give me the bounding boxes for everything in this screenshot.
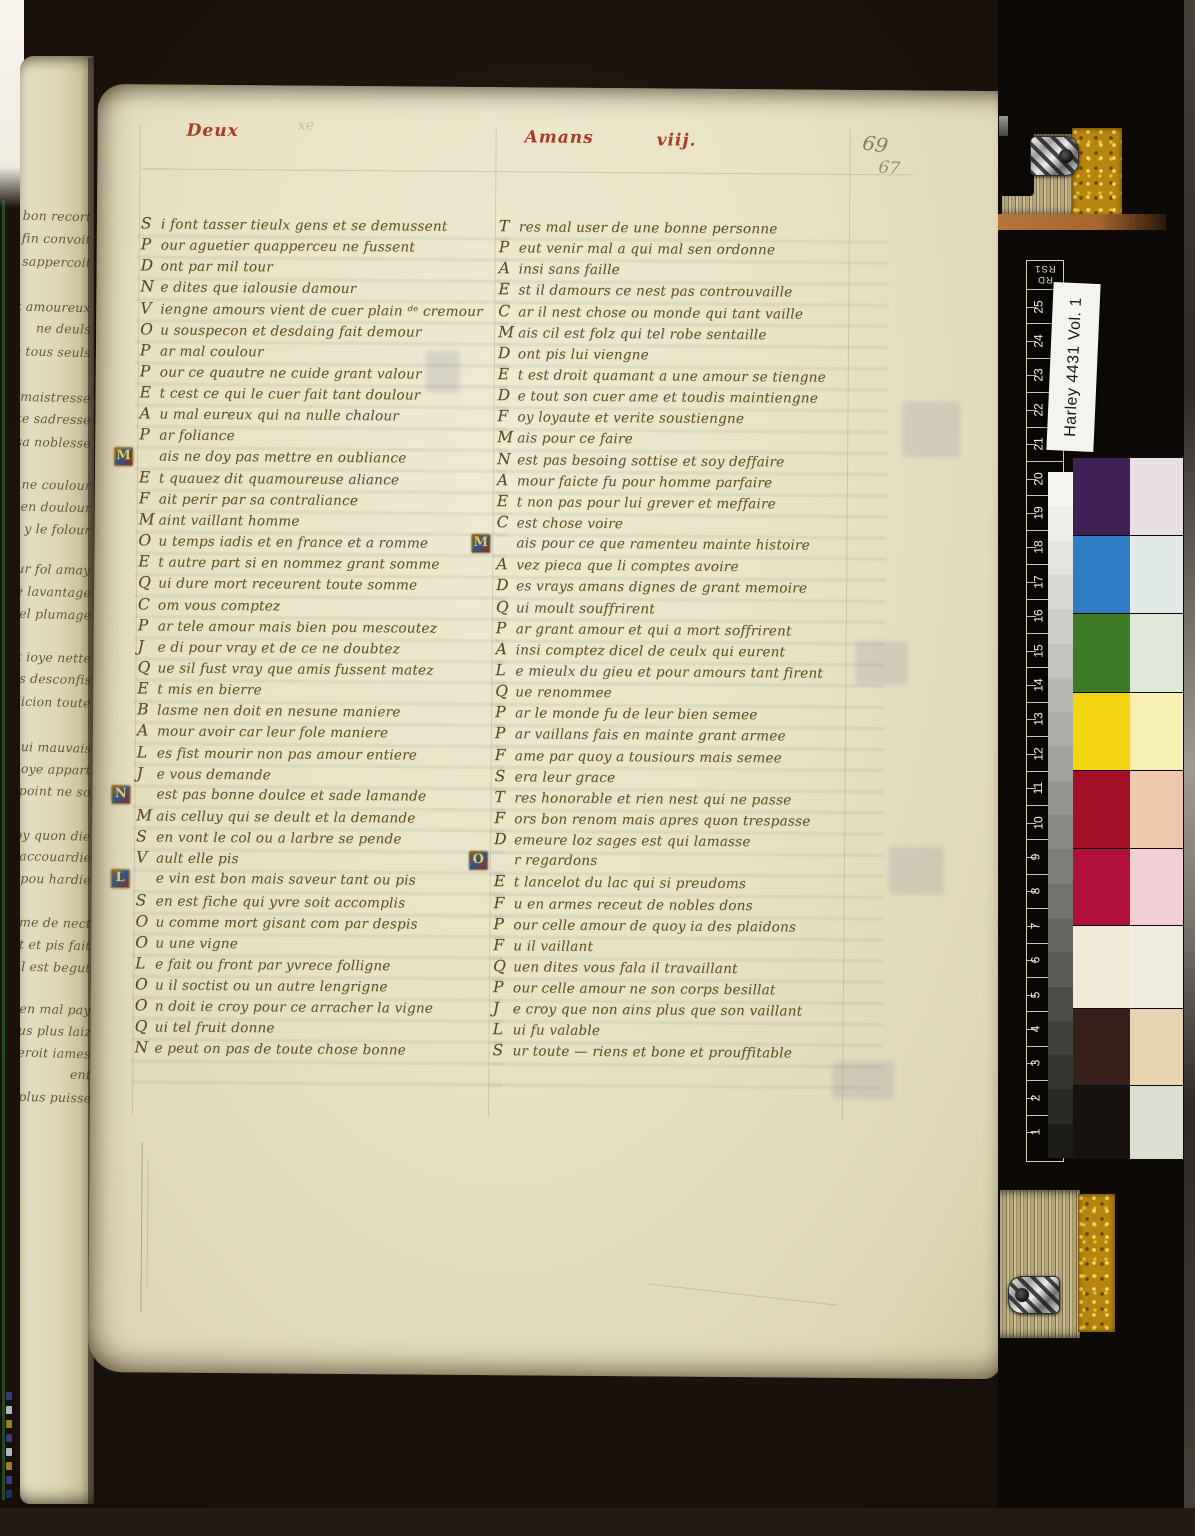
line-initial: F: [495, 746, 515, 764]
ruler-half-tick: [1027, 754, 1036, 755]
manuscript-line: Ou il soctist ou un autre lengrigne: [135, 975, 478, 999]
manuscript-line: Que sil fust vray que amis fussent matez: [137, 658, 480, 682]
color-patch-blue: [1073, 535, 1130, 613]
line-initial: F: [494, 809, 514, 827]
facing-page-text-fragment: lour car point ne so: [20, 781, 91, 799]
line-text: e fait ou front par yvrece folligne: [155, 956, 391, 974]
facing-page-text-fragment: souffreroit iames: [20, 1044, 91, 1062]
grayscale-step: [1048, 678, 1073, 713]
line-text: est pas bonne doulce et sade lamande: [156, 786, 426, 804]
color-patch-crimson: [1073, 848, 1130, 925]
manuscript-line: Par grant amour et qui a mort soffrirent: [496, 619, 824, 643]
manuscript-line: Et lancelot du lac qui si preudoms: [494, 873, 822, 897]
manuscript-line: Fors bon renom mais apres quon trespasse: [494, 809, 822, 833]
line-text: our ce quautre ne cuide grant valour: [160, 364, 422, 382]
manuscript-line: Le mieulx du gieu et pour amours tant fi…: [495, 661, 823, 685]
line-initial: T: [494, 788, 514, 806]
line-initial: P: [138, 616, 158, 634]
line-text: u il vaillant: [513, 938, 593, 955]
ruler-half-tick: [1027, 891, 1036, 892]
grayscale-step: [1048, 849, 1073, 884]
color-patch-pale-black: [1130, 1085, 1183, 1159]
line-text: ar foliance: [159, 428, 235, 445]
line-initial: C: [498, 302, 518, 320]
line-initial: J: [137, 764, 157, 782]
line-text: eut venir mal a qui mal sen ordonne: [519, 240, 775, 258]
ruler-half-tick: [1027, 685, 1036, 686]
line-text: ui moult souffrirent: [516, 600, 655, 617]
manuscript-line: Fu il vaillant: [493, 936, 821, 960]
line-text: e vin est bon mais saveur tant ou pis: [156, 871, 416, 889]
line-text: ar tele amour mais bien pou mescoutez: [158, 618, 437, 636]
line-text: t est droit quamant a une amour se tieng…: [518, 367, 826, 385]
line-text: ame par quoy a tousiours mais semee: [515, 748, 782, 766]
manuscript-line: Sur toute — riens et bone et prouffitabl…: [492, 1042, 820, 1066]
line-initial: A: [139, 405, 159, 423]
facing-page-text-fragment: anz faille qui mauvais: [20, 737, 91, 755]
line-initial: O: [135, 975, 155, 993]
facing-page-text-fragment: s cest leur fol amay: [20, 559, 91, 577]
facing-page-text-fragment: de tous plus laiz: [20, 1022, 91, 1040]
line-text: insi comptez dicel de ceulx qui eurent: [516, 642, 786, 660]
facing-page-text-fragment: ner pour sa noblesse: [20, 432, 91, 450]
line-initial: E: [494, 873, 514, 891]
line-initial: A: [499, 259, 519, 277]
ruler-half-tick: [1027, 341, 1036, 342]
line-text: ar mal coulour: [160, 343, 264, 360]
line-text: t autre part si en nommez grant somme: [158, 555, 439, 573]
grayscale-step: [1048, 1021, 1073, 1056]
manuscript-line: Par le monde fu de leur bien semee: [495, 703, 823, 727]
line-initial: P: [141, 236, 161, 254]
line-text: res mal user de une bonne personne: [519, 219, 778, 237]
line-initial: A: [137, 722, 157, 740]
line-initial: F: [493, 936, 513, 954]
line-initial: E: [139, 468, 159, 486]
facing-page-text-fragment: de cuer quoy quon die: [20, 825, 91, 844]
illuminated-initial: N: [111, 785, 130, 804]
line-text: ais pour ce que ramenteu mainte histoire: [516, 535, 810, 553]
manuscript-line: Ou souspecon et desdaing fait demour: [140, 320, 483, 344]
folio-number-old: 69: [861, 130, 890, 158]
facing-page-edge: lasant bon recorte fin convoitores sappe…: [20, 56, 94, 1504]
ruler-half-tick: [1027, 651, 1036, 652]
line-text: our celle amour ne son corps besillat: [513, 980, 776, 998]
facing-page-text-fragment: ame tous seuls: [20, 343, 91, 360]
line-text: e dites que ialousie damour: [160, 280, 356, 298]
ruler-half-tick: [1027, 1098, 1036, 1099]
line-text: ais cil est folz qui tel robe sentaille: [518, 325, 767, 343]
line-text: t cest ce qui le cuer fait tant doulour: [160, 386, 421, 404]
ruler-half-tick: [1027, 960, 1036, 961]
manuscript-line-illuminated: Mais ne doy pas mettre en oubliance: [139, 447, 482, 471]
gilt-binding-edge-bottom: [1078, 1194, 1115, 1332]
manuscript-line: Pour aguetier quapperceu ne fussent: [141, 236, 484, 260]
line-text: ont pis lui viengne: [518, 346, 649, 363]
grayscale-calibration-strip: [1048, 472, 1073, 1158]
manuscript-line: Qui dure mort receurent toute somme: [138, 574, 481, 598]
manuscript-line: On doit ie croy pour ce arracher la vign…: [135, 997, 478, 1021]
line-initial: Q: [493, 957, 513, 975]
line-text: oy loyaute et verite soustiengne: [517, 410, 744, 428]
line-initial: P: [139, 426, 159, 444]
manuscript-line-illuminated: Mais pour ce que ramenteu mainte histoir…: [496, 534, 824, 558]
manuscript-line: Ou une vigne: [135, 933, 478, 957]
line-text: ors bon renom mais apres quon trespasse: [514, 811, 810, 829]
color-patch-green: [1073, 613, 1130, 692]
manuscript-line: Dont pis lui viengne: [498, 344, 826, 368]
line-initial: P: [495, 703, 515, 721]
manuscript-line: Je croy que non ains plus que son vailla…: [493, 999, 821, 1023]
color-patch-black: [1073, 1085, 1130, 1159]
line-initial: C: [138, 595, 158, 613]
manuscript-line-illuminated: Or regardons: [494, 851, 822, 875]
manuscript-line: Demeure loz sages est qui lamasse: [494, 830, 822, 854]
grayscale-step: [1048, 644, 1073, 679]
line-initial: E: [498, 281, 518, 299]
line-initial: P: [140, 362, 160, 380]
line-initial: D: [498, 344, 518, 362]
running-header-number: viij.: [657, 130, 697, 150]
illuminated-initial: O: [469, 851, 488, 870]
line-initial: O: [140, 320, 160, 338]
manuscript-line: Viengne amours vient de cuer plain ᵈᵉ cr…: [140, 299, 483, 323]
line-text: t lancelot du lac qui si preudoms: [514, 875, 746, 893]
line-text: e peut on pas de toute chose bonne: [154, 1041, 406, 1059]
grayscale-step: [1048, 918, 1073, 953]
manuscript-line: Nest pas besoing sottise et soy deffaire: [497, 450, 825, 474]
manuscript-line: Je di pour vray et de ce ne doubtez: [138, 637, 481, 661]
line-initial: V: [140, 299, 160, 317]
line-initial: M: [139, 510, 159, 528]
text-column-left: Si font tasser tieulx gens et se demusse…: [134, 214, 483, 1062]
manuscript-line: Vault elle pis: [136, 849, 479, 873]
vellum-scratch: [140, 1142, 142, 1312]
line-text: u comme mort gisant com par despis: [155, 914, 417, 932]
grayscale-step: [1048, 952, 1073, 987]
line-initial: P: [496, 619, 516, 637]
line-initial: P: [140, 341, 160, 359]
ruler-half-tick: [1027, 1063, 1036, 1064]
manuscript-line: Et non pas pour lui grever et meffaire: [497, 492, 825, 516]
grayscale-step: [1048, 506, 1073, 541]
facing-page-text-fragment: tant les desconfis: [20, 670, 91, 688]
grayscale-step: [1048, 1055, 1073, 1090]
line-initial: J: [138, 637, 158, 655]
line-initial: A: [496, 555, 516, 573]
line-initial: L: [493, 1020, 513, 1038]
facing-page-text-fragment: nt il a tel maistresse: [20, 387, 91, 405]
line-text: ault elle pis: [156, 851, 239, 868]
facing-page-text-fragment: ores sappercoit: [20, 253, 91, 270]
ruler-half-tick: [1027, 823, 1036, 824]
manuscript-line: Qui moult souffrirent: [496, 598, 824, 622]
line-text: ar grant amour et qui a mort soffrirent: [516, 621, 792, 639]
facing-page-text-fragment: en ceulx est ioye nette: [20, 647, 91, 666]
manuscript-line: Si font tasser tieulx gens et se demusse…: [141, 214, 484, 238]
grayscale-step: [1048, 987, 1073, 1022]
grayscale-step: [1048, 472, 1073, 507]
color-patch-pale-brown: [1130, 1008, 1183, 1085]
line-text: lasme nen doit en nesune maniere: [157, 703, 401, 721]
line-text: uen dites vous fala il travaillant: [513, 959, 738, 977]
manuscript-line: Cest chose voire: [497, 513, 825, 537]
line-text: iengne amours vient de cuer plain ᵈᵉ cre…: [160, 301, 483, 320]
ruler-half-tick: [1027, 719, 1036, 720]
manuscript-line: Mais pour ce faire: [497, 429, 825, 453]
line-initial: P: [499, 238, 519, 256]
manuscript-line: Et mis en bierre: [137, 679, 480, 703]
manuscript-line: Lui fu valable: [493, 1020, 821, 1044]
line-text: ais ne doy pas mettre en oubliance: [159, 448, 406, 466]
edge-dot: [6, 1448, 12, 1456]
cradle-shelf-edge: [998, 214, 1166, 230]
grayscale-step: [1048, 1089, 1073, 1124]
line-text: r regardons: [514, 853, 598, 870]
facing-page-text-fragment: mme de nect: [20, 914, 91, 931]
running-header-left: Deux: [187, 121, 239, 141]
facing-page-text-fragment: amour q plus puisse: [20, 1087, 91, 1105]
line-initial: L: [137, 743, 157, 761]
line-initial: E: [497, 492, 517, 510]
line-initial: D: [498, 386, 518, 404]
line-initial: E: [138, 553, 158, 571]
ruler-half-tick: [1027, 926, 1036, 927]
ruler-half-tick: [1027, 410, 1036, 411]
line-text: ui dure mort receurent toute somme: [158, 576, 417, 594]
facing-page-text-fragment: t quantil est begut: [20, 958, 91, 976]
decorated-edge-dots: [0, 0, 20, 1536]
line-text: n doit ie croy pour ce arracher la vigne: [155, 999, 433, 1017]
manuscript-line: Pour ce quautre ne cuide grant valour: [140, 362, 483, 386]
manuscript-line: Ne peut on pas de toute chose bonne: [134, 1039, 477, 1063]
line-text: i font tasser tieulx gens et se demussen…: [161, 217, 448, 235]
color-patch-pale-green: [1130, 613, 1183, 692]
line-initial: V: [136, 849, 156, 867]
illuminated-initial: M: [471, 534, 490, 553]
ruler-half-tick: [1027, 616, 1036, 617]
manuscript-line: Des vrays amans dignes de grant memoire: [496, 577, 824, 601]
ruler-half-tick: [1027, 307, 1036, 308]
shelfmark-label: Harley 4431 Vol. 1: [1046, 282, 1100, 452]
line-text: es fist mourir non pas amour entiere: [157, 745, 417, 763]
facing-page-text-fragment: ne deuls: [36, 320, 91, 336]
manuscript-line: Je vous demande: [137, 764, 480, 788]
edge-dot: [6, 1490, 12, 1498]
manuscript-line: Sen est fiche qui yvre soit accomplis: [136, 891, 479, 915]
folio-number-new: 67: [878, 157, 901, 179]
line-text: ar vaillans fais en mainte grant armee: [515, 727, 786, 745]
line-initial: S: [141, 214, 161, 232]
line-initial: F: [139, 489, 159, 507]
edge-dot: [6, 1392, 12, 1400]
line-initial: Q: [137, 658, 157, 676]
manuscript-line: Qui tel fruit donne: [135, 1018, 478, 1042]
facing-page-text-fragment: e fin convoit: [20, 230, 91, 247]
manuscript-line: Foy loyaute et verite soustiengne: [497, 407, 825, 431]
grayscale-step: [1048, 609, 1073, 644]
manuscript-line: Sen vont le col ou a larbre se pende: [136, 827, 479, 851]
ruler-half-tick: [1027, 788, 1036, 789]
manuscript-line: Peut venir mal a qui mal sen ordonne: [499, 238, 827, 262]
line-text: ar le monde fu de leur bien semee: [515, 706, 758, 724]
line-text: t quauez dit quamoureuse aliance: [159, 470, 399, 488]
line-initial: F: [494, 894, 514, 912]
line-text: e vous demande: [157, 766, 271, 783]
line-text: est pas besoing sottise et soy deffaire: [517, 452, 784, 470]
line-text: u il soctist ou un autre lengrigne: [155, 978, 388, 996]
line-text: t mis en bierre: [157, 682, 262, 699]
manuscript-line: Amour avoir car leur fole maniere: [137, 722, 480, 746]
line-initial: L: [135, 954, 155, 972]
line-text: e tout son cuer ame et toudis maintiengn…: [518, 388, 818, 406]
manuscript-line: Par foliance: [139, 426, 482, 450]
color-patch-pale-dark-red: [1130, 770, 1183, 848]
line-text: e croy que non ains plus que son vaillan…: [513, 1002, 803, 1020]
line-text: en vont le col ou a larbre se pende: [156, 830, 402, 848]
line-initial: A: [497, 471, 517, 489]
line-initial: T: [499, 217, 519, 235]
line-text: insi sans faille: [519, 262, 620, 279]
line-initial: Q: [495, 682, 515, 700]
line-text: ui fu valable: [513, 1023, 601, 1040]
line-initial: E: [498, 365, 518, 383]
line-text: mour faicte fu pour homme parfaire: [517, 473, 772, 491]
line-initial: Q: [496, 598, 516, 616]
facing-page-text-fragment: lasant bon recort: [20, 207, 91, 225]
line-text: vez pieca que li comptes avoire: [516, 558, 739, 576]
color-patch-pale-crimson: [1130, 848, 1183, 925]
color-patch-pale-yellow: [1130, 692, 1183, 770]
line-text: om vous comptez: [158, 597, 280, 614]
line-text: aint vaillant homme: [159, 512, 300, 529]
ruler-half-tick: [1027, 1029, 1036, 1030]
line-initial: F: [497, 407, 517, 425]
manuscript-line: Et quauez dit quamoureuse aliance: [139, 468, 482, 492]
manuscript-line: Avez pieca que li comptes avoire: [496, 555, 824, 579]
fore-edge-leaves-bottom: [1000, 1190, 1080, 1338]
line-initial: N: [497, 450, 517, 468]
grayscale-step: [1048, 815, 1073, 850]
page-clip-top: [1030, 136, 1079, 176]
line-text: mour avoir car leur fole maniere: [157, 724, 388, 742]
manuscript-line: Fame par quoy a tousiours mais semee: [495, 746, 823, 770]
grayscale-step: [1048, 746, 1073, 781]
line-initial: B: [137, 701, 157, 719]
grayscale-step: [1048, 781, 1073, 816]
manuscript-line: Dont par mil tour: [141, 257, 484, 281]
line-initial: M: [498, 323, 518, 341]
facing-page-text-fragment: ur condicion toute: [20, 693, 91, 711]
line-text: u en armes receut de nobles dons: [514, 896, 753, 914]
illuminated-initial: L: [111, 870, 130, 889]
grayscale-step: [1048, 541, 1073, 576]
line-initial: E: [140, 383, 160, 401]
facing-page-text-fragment: use ne coulour: [20, 476, 91, 493]
ink-offset-mark: xe: [298, 118, 314, 134]
line-initial: L: [495, 661, 515, 679]
manuscript-line: Com vous comptez: [138, 595, 481, 619]
line-text: ais pour ce faire: [517, 431, 633, 448]
line-initial: N: [134, 1039, 154, 1057]
color-patch-pale-purple: [1130, 457, 1183, 535]
edge-dot: [6, 1434, 12, 1442]
manuscript-page: Deux Amans viij. xe 69 67 Si font tasser…: [88, 84, 1010, 1379]
line-text: t non pas pour lui grever et meffaire: [517, 494, 776, 512]
manuscript-line: Est il damours ce nest pas controuvaille: [498, 281, 826, 305]
manuscript-line: Pour celle amour ne son corps besillat: [493, 978, 821, 1002]
manuscript-line: Par tele amour mais bien pou mescoutez: [138, 616, 481, 640]
line-text: e mieulx du gieu et pour amours tant fir…: [515, 663, 823, 681]
running-header-center: Amans: [525, 127, 594, 148]
manuscript-line: Amour faicte fu pour homme parfaire: [497, 471, 825, 495]
color-patch-pale-cream: [1130, 925, 1183, 1008]
facing-page-text-fragment: burre en doulour: [20, 498, 91, 516]
color-patch-brown: [1073, 1008, 1130, 1085]
ruler-half-tick: [1027, 444, 1036, 445]
ruler-half-tick: [1027, 1132, 1036, 1133]
line-initial: D: [494, 830, 514, 848]
manuscript-line: Le fait ou front par yvrece folligne: [135, 954, 478, 978]
manuscript-line: Que renommee: [495, 682, 823, 706]
color-patch-pale-blue: [1130, 535, 1183, 613]
line-initial: S: [136, 827, 156, 845]
line-text: era leur grace: [515, 769, 616, 786]
manuscript-line: Ainsi comptez dicel de ceulx qui eurent: [496, 640, 824, 664]
line-text: our aguetier quapperceu ne fussent: [161, 238, 415, 256]
line-initial: O: [135, 912, 155, 930]
line-text: ont par mil tour: [161, 259, 273, 276]
facing-page-text-fragment: t accouardie: [20, 848, 91, 865]
grayscale-step: [1048, 884, 1073, 919]
line-text: ur toute — riens et bone et prouffitable: [512, 1044, 792, 1062]
line-initial: S: [495, 767, 515, 785]
manuscript-line: Maint vaillant homme: [139, 510, 482, 534]
line-initial: E: [137, 679, 157, 697]
line-text: ar il nest chose ou monde qui tant vaill…: [518, 304, 803, 322]
manuscript-line: Les fist mourir non pas amour entiere: [137, 743, 480, 767]
line-initial: D: [496, 577, 516, 595]
line-initial: S: [136, 891, 156, 909]
line-initial: O: [135, 997, 155, 1015]
page-clip-bottom: [1008, 1276, 1060, 1314]
line-text: ais celluy qui se deult et la demande: [156, 808, 415, 826]
text-column-right: Tres mal user de une bonne personnePeut …: [492, 217, 827, 1065]
manuscript-line: Par mal coulour: [140, 341, 483, 365]
line-text: st il damours ce nest pas controuvaille: [518, 283, 792, 301]
manuscript-line: Blasme nen doit en nesune maniere: [137, 701, 480, 725]
facing-page-text-fragment: soyent amoureux: [20, 298, 91, 316]
manuscript-photo: lasant bon recorte fin convoitores sappe…: [0, 0, 1195, 1536]
edge-dot: [6, 1476, 12, 1484]
show-through-initial-mark: [855, 641, 907, 685]
manuscript-line: Sera leur grace: [495, 767, 823, 791]
line-initial: A: [496, 640, 516, 658]
color-patch-purple: [1073, 457, 1130, 535]
line-text: est chose voire: [517, 515, 624, 532]
manuscript-line: Et autre part si en nommez grant somme: [138, 553, 481, 577]
line-text: ui tel fruit donne: [155, 1020, 275, 1037]
facing-page-text-fragment: ar la qui ioye appart: [20, 759, 91, 777]
line-text: ue renommee: [515, 684, 612, 701]
ruler-half-tick: [1027, 375, 1036, 376]
line-text: u une vigne: [155, 935, 238, 952]
line-text: u temps iadis et en france et a romme: [158, 534, 428, 552]
illuminated-initial: M: [114, 447, 133, 466]
manuscript-line: Quen dites vous fala il travaillant: [493, 957, 821, 981]
facing-page-text-fragment: estre pou hardie: [20, 870, 91, 888]
line-initial: P: [493, 978, 513, 996]
